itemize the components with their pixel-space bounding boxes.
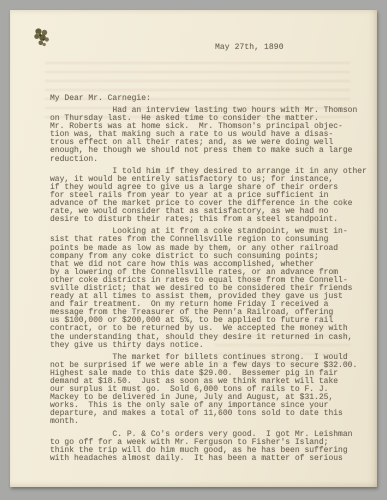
letter-paragraph: C. P. & Co's orders very good. I got Mr.… — [50, 431, 365, 463]
letter-paragraph: The market for billets continues strong.… — [50, 354, 365, 427]
letter-paragraph: I told him if they desired to arrange it… — [50, 168, 365, 225]
seal-icon — [32, 27, 51, 49]
letter-date: May 27th, 1890 — [215, 43, 284, 52]
letter-paper: May 27th, 1890 My Dear Mr. Carnegie: Had… — [10, 10, 377, 487]
scanned-letter-screenshot: { "letter": { "date": "May 27th, 1890", … — [0, 0, 387, 500]
letter-salutation: My Dear Mr. Carnegie: — [50, 94, 151, 103]
letter-paragraph: Looking at it from a coke standpoint, we… — [50, 228, 365, 349]
letter-paragraph: Had an interview lasting two hours with … — [50, 107, 365, 164]
letter-body: Had an interview lasting two hours with … — [50, 107, 365, 467]
